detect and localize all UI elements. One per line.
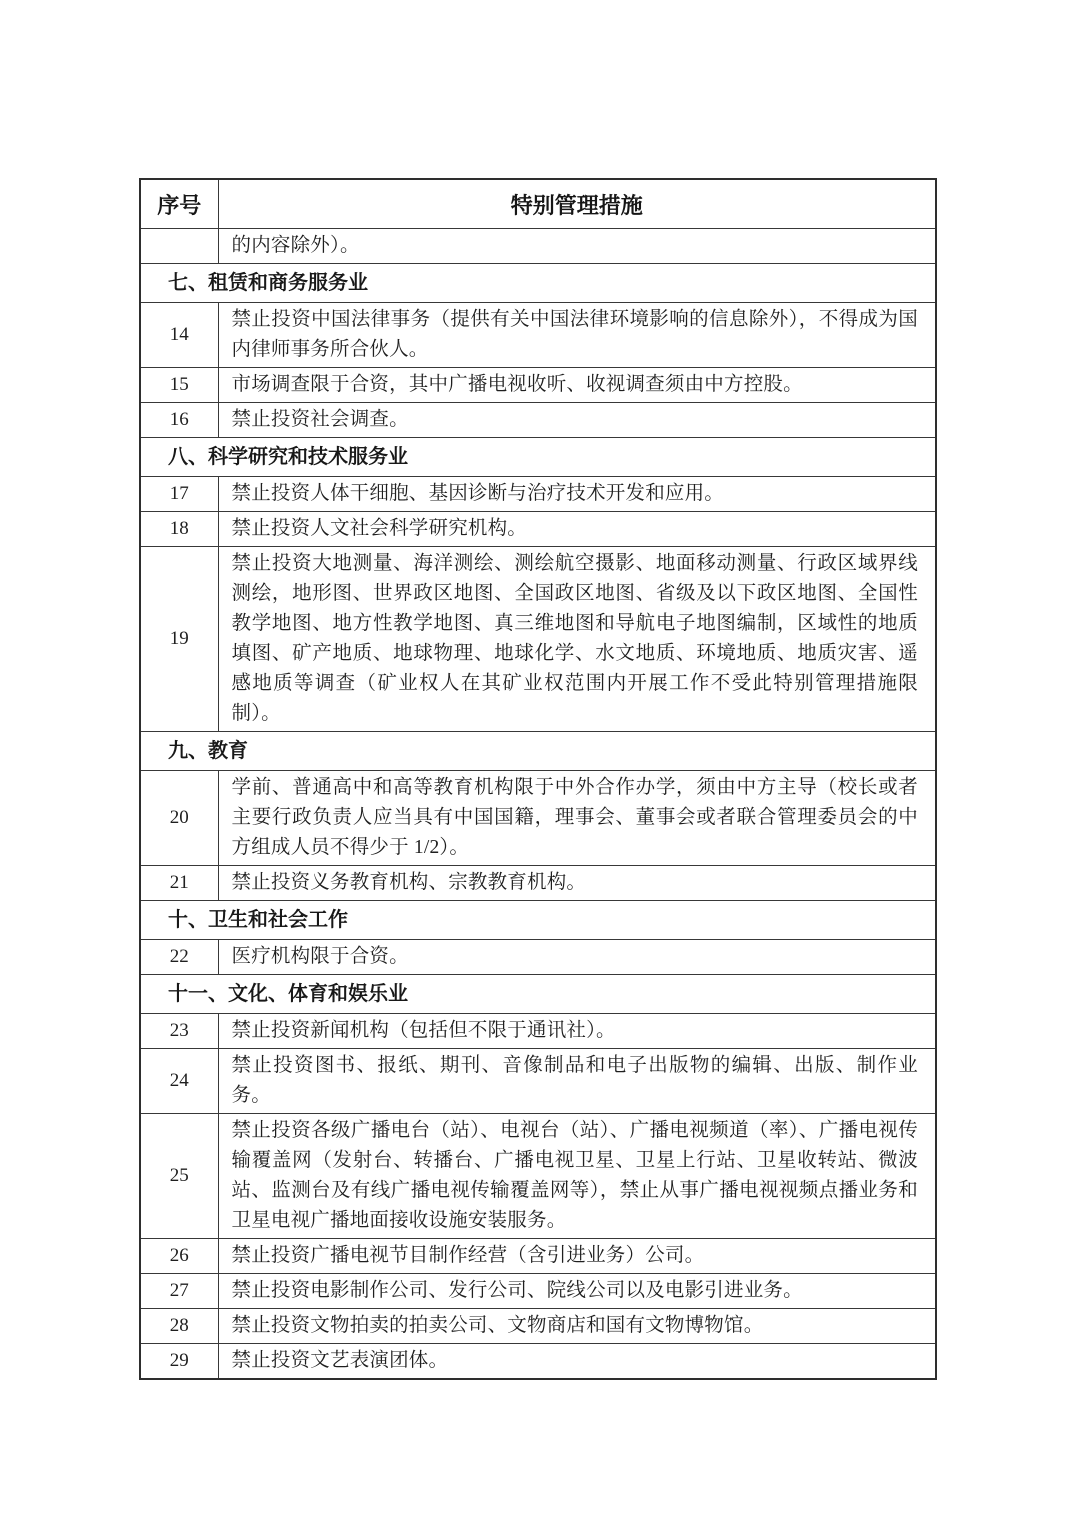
measure-text-cell: 禁止投资文物拍卖的拍卖公司、文物商店和国有文物博物馆。 (218, 1309, 936, 1344)
item-row: 27禁止投资电影制作公司、发行公司、院线公司以及电影引进业务。 (140, 1274, 936, 1309)
table-header-row: 序号 特别管理措施 (140, 179, 936, 229)
section-header-cell: 九、教育 (140, 732, 936, 771)
section-header-cell: 八、科学研究和技术服务业 (140, 438, 936, 477)
item-row: 15市场调查限于合资，其中广播电视收听、收视调查须由中方控股。 (140, 368, 936, 403)
item-row: 14禁止投资中国法律事务（提供有关中国法律环境影响的信息除外），不得成为国内律师… (140, 303, 936, 368)
section-row: 十、卫生和社会工作 (140, 901, 936, 940)
measure-text-cell: 禁止投资义务教育机构、宗教教育机构。 (218, 866, 936, 901)
item-row: 21禁止投资义务教育机构、宗教教育机构。 (140, 866, 936, 901)
item-row: 20学前、普通高中和高等教育机构限于中外合作办学，须由中方主导（校长或者主要行政… (140, 771, 936, 866)
measure-text-cell: 禁止投资文艺表演团体。 (218, 1344, 936, 1380)
item-row: 28禁止投资文物拍卖的拍卖公司、文物商店和国有文物博物馆。 (140, 1309, 936, 1344)
measure-text-cell: 市场调查限于合资，其中广播电视收听、收视调查须由中方控股。 (218, 368, 936, 403)
row-number-cell: 20 (140, 771, 218, 866)
header-cell-measure: 特别管理措施 (218, 179, 936, 229)
row-number-cell: 26 (140, 1239, 218, 1274)
item-row: 16禁止投资社会调查。 (140, 403, 936, 438)
row-number-cell: 14 (140, 303, 218, 368)
item-row: 18禁止投资人文社会科学研究机构。 (140, 512, 936, 547)
row-number-cell: 25 (140, 1114, 218, 1239)
measure-text-cell: 禁止投资大地测量、海洋测绘、测绘航空摄影、地面移动测量、行政区域界线测绘，地形图… (218, 547, 936, 732)
row-number-cell: 23 (140, 1014, 218, 1049)
document-page: 序号 特别管理措施 的内容除外）。七、租赁和商务服务业14禁止投资中国法律事务（… (0, 0, 1074, 1520)
item-row: 25禁止投资各级广播电台（站）、电视台（站）、广播电视频道（率）、广播电视传输覆… (140, 1114, 936, 1239)
measure-text-cell: 禁止投资中国法律事务（提供有关中国法律环境影响的信息除外），不得成为国内律师事务… (218, 303, 936, 368)
row-number-cell: 21 (140, 866, 218, 901)
row-number-cell: 18 (140, 512, 218, 547)
row-number-cell: 19 (140, 547, 218, 732)
measure-text-cell: 医疗机构限于合资。 (218, 940, 936, 975)
row-number-cell: 16 (140, 403, 218, 438)
measure-text-cell: 禁止投资人体干细胞、基因诊断与治疗技术开发和应用。 (218, 477, 936, 512)
section-header-cell: 十一、文化、体育和娱乐业 (140, 975, 936, 1014)
measures-table: 序号 特别管理措施 的内容除外）。七、租赁和商务服务业14禁止投资中国法律事务（… (139, 178, 937, 1380)
measure-text-cell: 的内容除外）。 (218, 229, 936, 264)
item-row: 的内容除外）。 (140, 229, 936, 264)
section-row: 七、租赁和商务服务业 (140, 264, 936, 303)
item-row: 17禁止投资人体干细胞、基因诊断与治疗技术开发和应用。 (140, 477, 936, 512)
section-row: 八、科学研究和技术服务业 (140, 438, 936, 477)
section-header-cell: 十、卫生和社会工作 (140, 901, 936, 940)
measure-text-cell: 学前、普通高中和高等教育机构限于中外合作办学，须由中方主导（校长或者主要行政负责… (218, 771, 936, 866)
measure-text-cell: 禁止投资社会调查。 (218, 403, 936, 438)
item-row: 19禁止投资大地测量、海洋测绘、测绘航空摄影、地面移动测量、行政区域界线测绘，地… (140, 547, 936, 732)
row-number-cell: 27 (140, 1274, 218, 1309)
measure-text-cell: 禁止投资人文社会科学研究机构。 (218, 512, 936, 547)
row-number-cell: 24 (140, 1049, 218, 1114)
row-number-cell: 29 (140, 1344, 218, 1380)
row-number-cell: 28 (140, 1309, 218, 1344)
measure-text-cell: 禁止投资图书、报纸、期刊、音像制品和电子出版物的编辑、出版、制作业务。 (218, 1049, 936, 1114)
item-row: 24禁止投资图书、报纸、期刊、音像制品和电子出版物的编辑、出版、制作业务。 (140, 1049, 936, 1114)
row-number-cell: 22 (140, 940, 218, 975)
section-row: 十一、文化、体育和娱乐业 (140, 975, 936, 1014)
row-number-cell (140, 229, 218, 264)
item-row: 22医疗机构限于合资。 (140, 940, 936, 975)
item-row: 26禁止投资广播电视节目制作经营（含引进业务）公司。 (140, 1239, 936, 1274)
row-number-cell: 15 (140, 368, 218, 403)
item-row: 23禁止投资新闻机构（包括但不限于通讯社）。 (140, 1014, 936, 1049)
row-number-cell: 17 (140, 477, 218, 512)
measure-text-cell: 禁止投资电影制作公司、发行公司、院线公司以及电影引进业务。 (218, 1274, 936, 1309)
section-row: 九、教育 (140, 732, 936, 771)
header-cell-number: 序号 (140, 179, 218, 229)
measure-text-cell: 禁止投资各级广播电台（站）、电视台（站）、广播电视频道（率）、广播电视传输覆盖网… (218, 1114, 936, 1239)
measure-text-cell: 禁止投资广播电视节目制作经营（含引进业务）公司。 (218, 1239, 936, 1274)
item-row: 29禁止投资文艺表演团体。 (140, 1344, 936, 1380)
section-header-cell: 七、租赁和商务服务业 (140, 264, 936, 303)
measure-text-cell: 禁止投资新闻机构（包括但不限于通讯社）。 (218, 1014, 936, 1049)
